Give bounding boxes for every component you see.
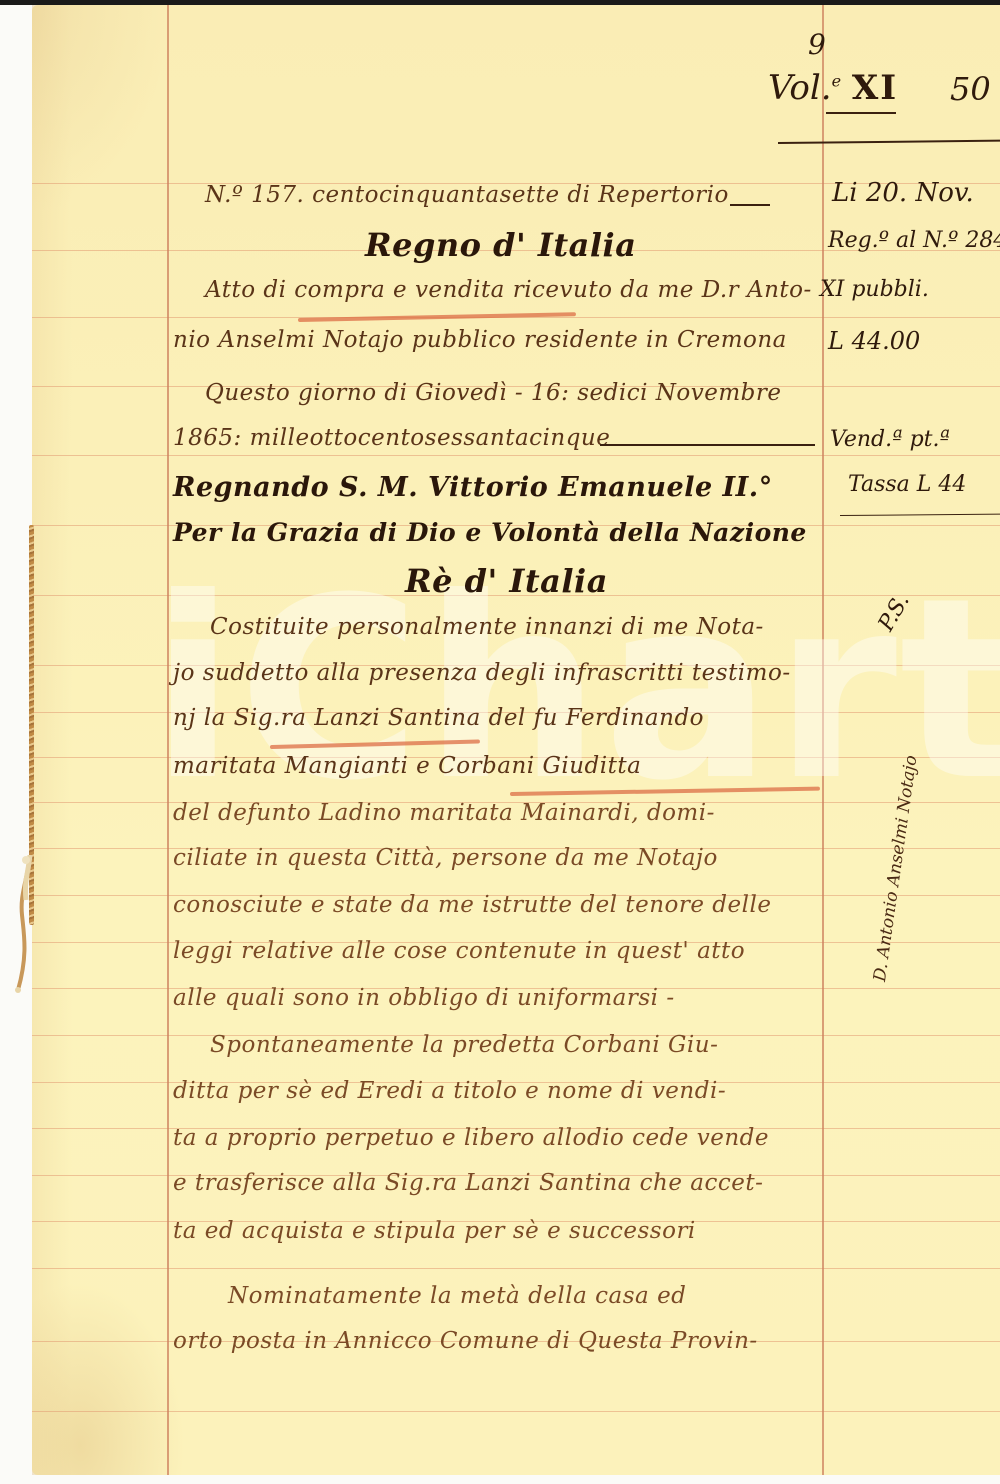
line-filler bbox=[730, 204, 770, 206]
grace-of-god-line: Per la Grazia di Dio e Volontà della Naz… bbox=[173, 518, 807, 547]
year-line: 1865: milleottocentosessantacinque bbox=[173, 425, 610, 451]
body-line: conosciute e state da me istrutte del te… bbox=[173, 892, 771, 918]
body-line: jo suddetto alla presenza degli infrascr… bbox=[173, 660, 791, 686]
body-line: ciliate in questa Città, persone da me N… bbox=[173, 845, 718, 871]
margin-note-date: Li 20. Nov. bbox=[832, 178, 974, 208]
heading-regno-d-italia: Regno d' Italia bbox=[365, 226, 636, 264]
ruled-line bbox=[32, 455, 1000, 456]
top-mark: 9 bbox=[808, 28, 826, 61]
body-line: ditta per sè ed Eredi a titolo e nome di… bbox=[173, 1078, 726, 1104]
body-line: leggi relative alle cose contenute in qu… bbox=[173, 938, 745, 964]
volume-superscript: e bbox=[832, 72, 841, 91]
right-margin-line bbox=[822, 5, 824, 1475]
body-line: Costituite personalmente innanzi di me N… bbox=[210, 614, 764, 640]
margin-note-registration: Reg.º al N.º 2849 bbox=[828, 228, 1000, 253]
volume-label: Vol.e XI bbox=[768, 68, 898, 108]
deed-notary-line: nio Anselmi Notajo pubblico residente in… bbox=[173, 327, 787, 353]
left-margin-line bbox=[167, 5, 169, 1475]
deed-intro-line: Atto di compra e vendita ricevuto da me … bbox=[205, 277, 812, 303]
repertorio-number-line: N.º 157. centocinquantasette di Repertor… bbox=[205, 182, 729, 208]
reign-line: Regnando S. M. Vittorio Emanuele II.° bbox=[173, 472, 773, 503]
margin-note-tax: Tassa L 44 bbox=[848, 472, 966, 497]
body-line: Spontaneamente la predetta Corbani Giu- bbox=[210, 1032, 718, 1058]
body-line: orto posta in Annicco Comune di Questa P… bbox=[173, 1328, 758, 1354]
page-number: 50 bbox=[950, 70, 991, 108]
line-filler bbox=[600, 444, 815, 446]
body-line: del defunto Ladino maritata Mainardi, do… bbox=[173, 800, 715, 826]
margin-note-public: XI pubbli. bbox=[820, 277, 929, 302]
body-line: alle quali sono in obbligo di uniformars… bbox=[173, 985, 675, 1011]
ruled-line bbox=[32, 1268, 1000, 1269]
ruled-line bbox=[32, 1411, 1000, 1412]
body-line: ta ed acquista e stipula per sè e succes… bbox=[173, 1218, 696, 1244]
binding-cord-tail bbox=[12, 855, 34, 995]
volume-prefix: Vol. bbox=[768, 68, 832, 108]
body-line: e trasferisce alla Sig.ra Lanzi Santina … bbox=[173, 1170, 763, 1196]
body-line-lanzi: nj la Sig.ra Lanzi Santina del fu Ferdin… bbox=[173, 705, 704, 731]
margin-note-sale: Vend.ª pt.ª bbox=[830, 427, 950, 452]
body-line-corbani: maritata Mangianti e Corbani Giuditta bbox=[173, 753, 641, 779]
body-line: ta a proprio perpetuo e libero allodio c… bbox=[173, 1125, 769, 1151]
body-line: Nominatamente la metà della casa ed bbox=[228, 1283, 686, 1309]
margin-note-amount: L 44.00 bbox=[828, 327, 920, 355]
volume-underline bbox=[826, 112, 896, 114]
heading-re-d-italia: Rè d' Italia bbox=[405, 562, 608, 600]
date-line: Questo giorno di Giovedì - 16: sedici No… bbox=[205, 380, 782, 406]
volume-number: XI bbox=[852, 68, 898, 108]
